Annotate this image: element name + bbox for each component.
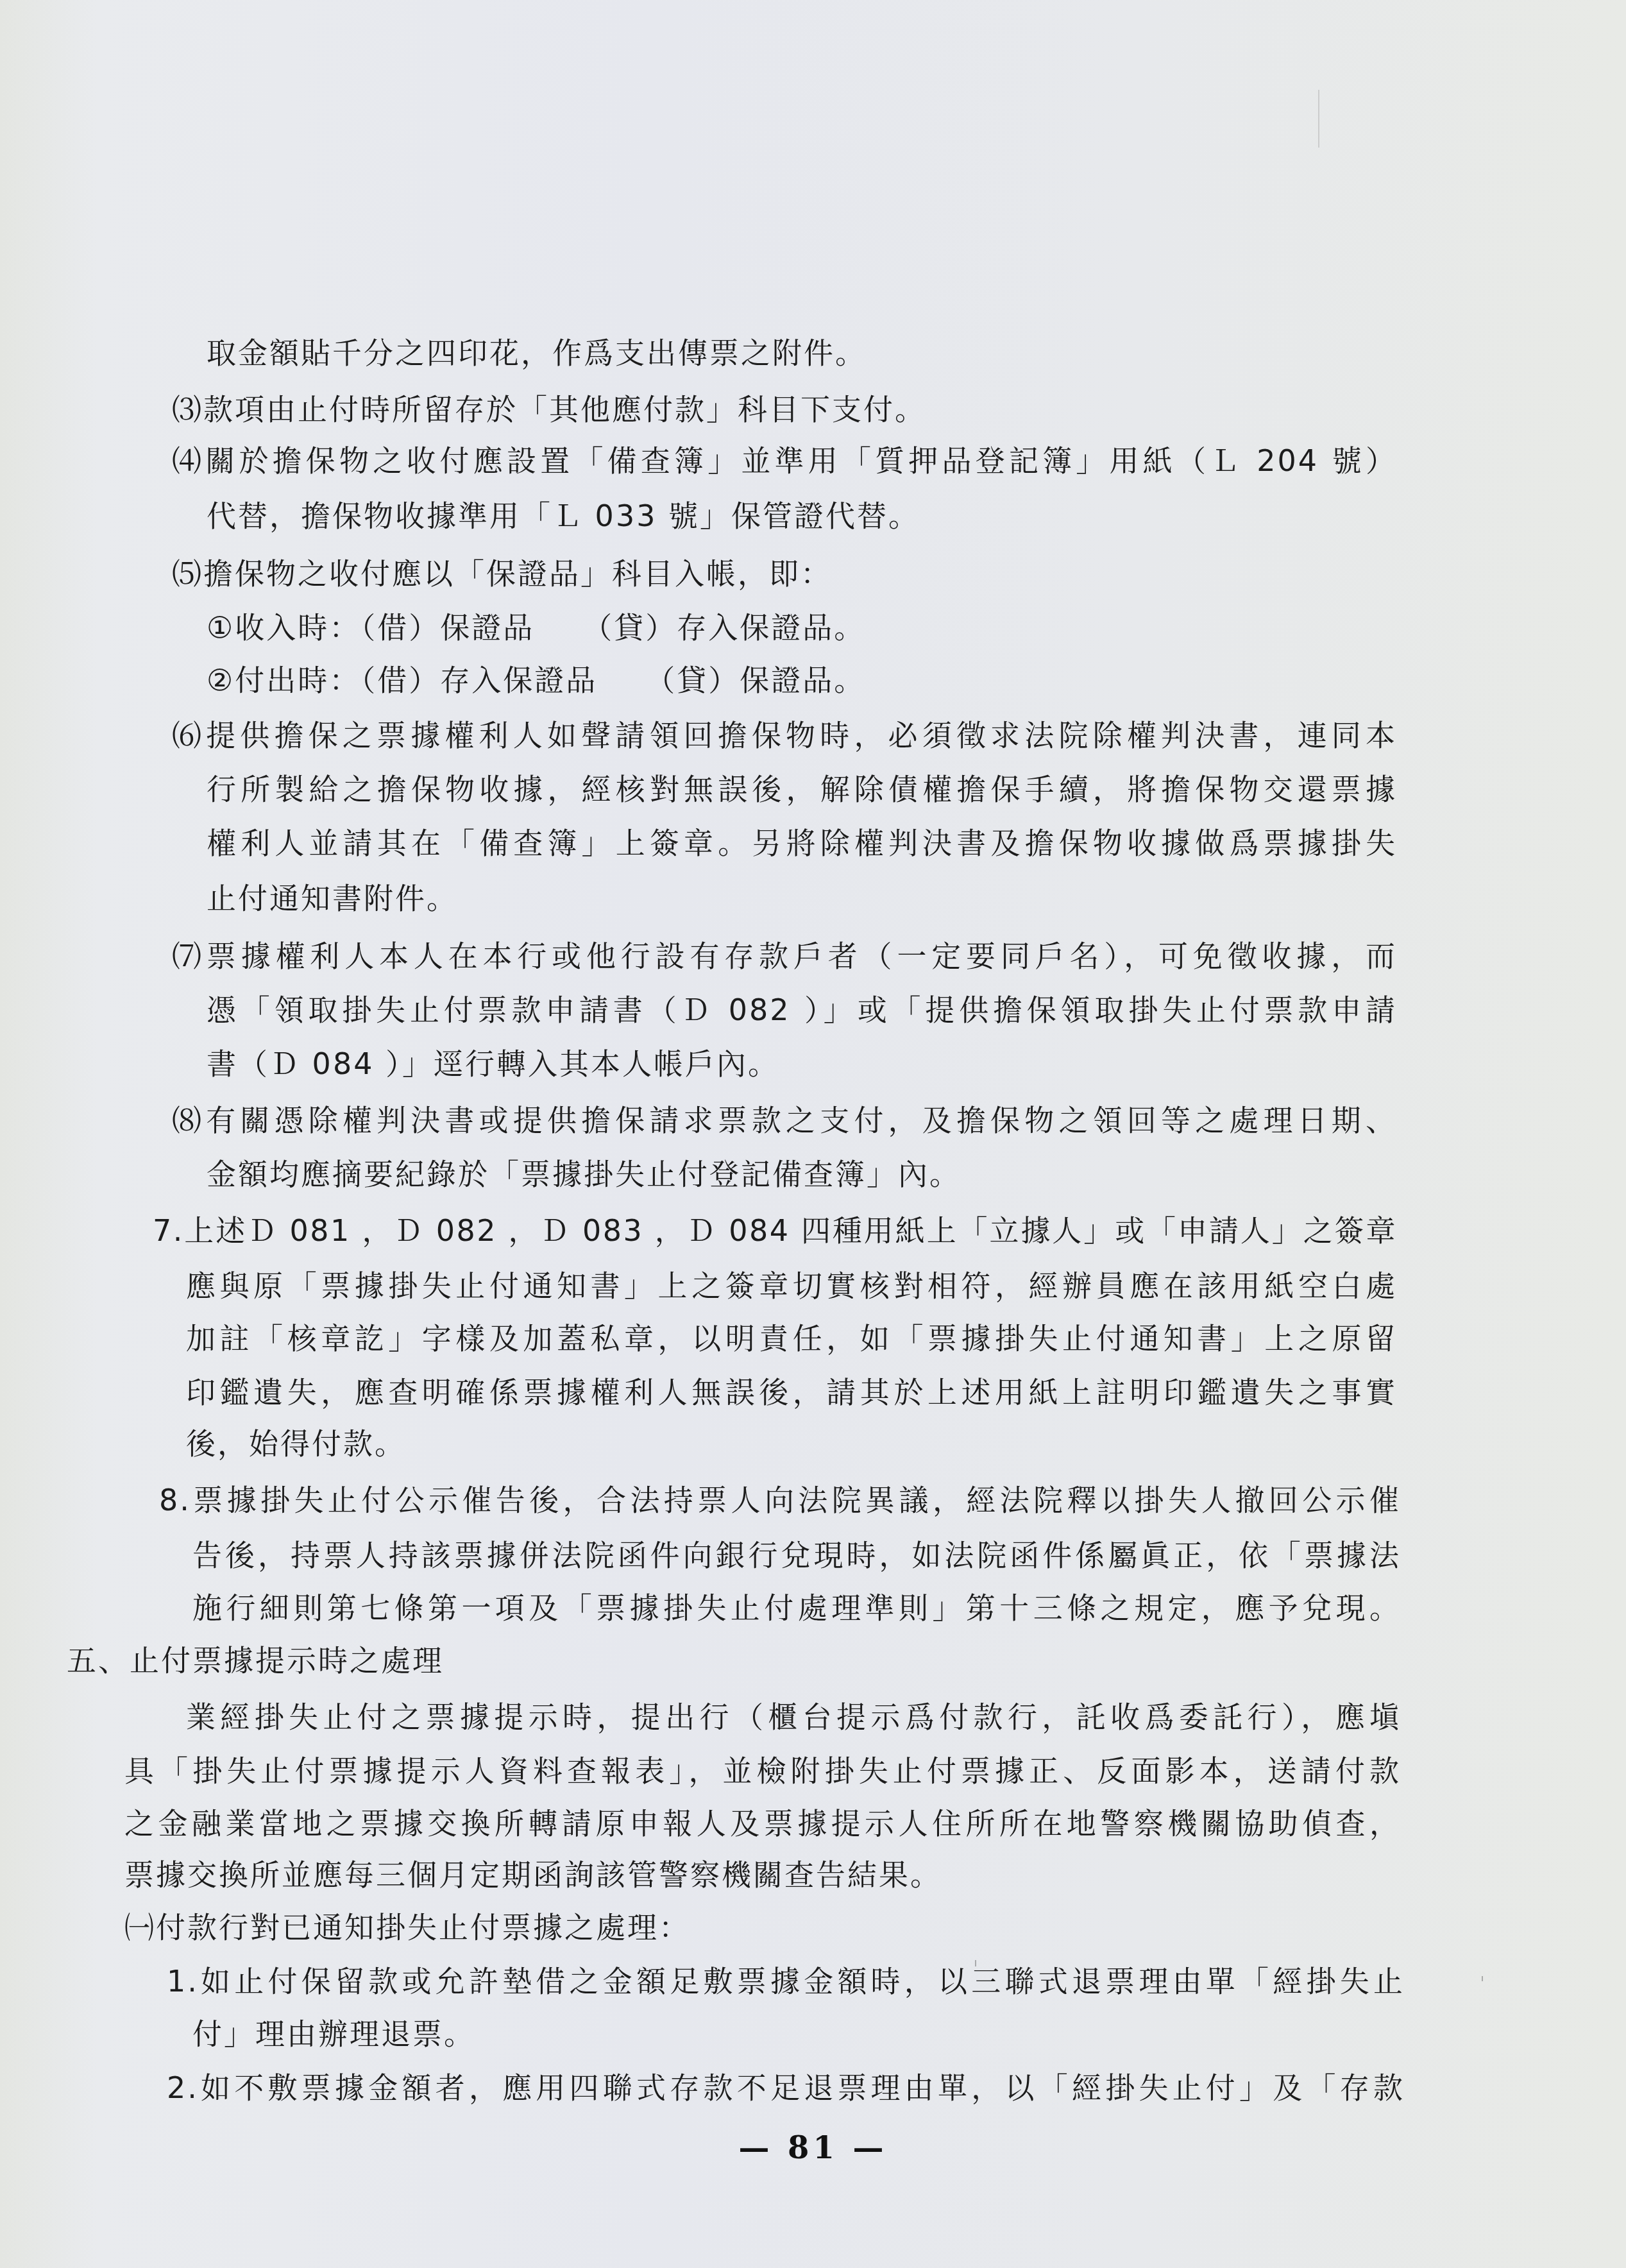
text-line: 2.如不敷票據金額者，應用四聯式存款不足退票理由單，以「經掛失止付」及「存款 (167, 2070, 1405, 2106)
text-line: 書（Ｄ 084 ）」逕行轉入其本人帳戶內。 (207, 1046, 779, 1082)
text-line: 加註「核章訖」字樣及加蓋私章，以明責任，如「票據掛失止付通知書」上之原留 (186, 1320, 1397, 1356)
text-line: 票據交換所並應每三個月定期函詢該管警察機關查告結果。 (124, 1857, 942, 1893)
text-line: 印鑑遺失，應查明確係票據權利人無誤後，請其於上述用紙上註明印鑑遺失之事實 (186, 1374, 1397, 1410)
text-line: 具「掛失止付票據提示人資料查報表」，並檢附掛失止付票據正、反面影本，送請付款 (124, 1753, 1401, 1789)
text-line: ㈠付款行對已通知掛失止付票據之處理： (124, 1909, 690, 1945)
text-line: 權利人並請其在「備查簿」上簽章。另將除權判決書及擔保物收據做爲票據掛失 (207, 825, 1397, 861)
text-line: ⑶款項由止付時所留存於「其他應付款」科目下支付。 (172, 391, 926, 427)
text-line: 止付通知書附件。 (207, 880, 458, 916)
text-line: 行所製給之擔保物收據，經核對無誤後，解除債權擔保手續，將擔保物交還票據 (207, 771, 1397, 807)
text-line: 後，始得付款。 (186, 1426, 406, 1462)
scan-speck (975, 1960, 976, 1966)
text-line: ⑹提供擔保之票據權利人如聲請領回擔保物時，必須徵求法院除權判決書，連同本 (172, 717, 1397, 753)
document-page: 取金額貼千分之四印花，作爲支出傳票之附件。⑶款項由止付時所留存於「其他應付款」科… (0, 0, 1626, 2268)
text-line: ②付出時：（借）存入保證品 （貸）保證品。 (207, 662, 865, 698)
text-line: ⑷關於擔保物之收付應設置「備查簿」並準用「質押品登記簿」用紙（Ｌ 204 號） (172, 443, 1397, 479)
page-number: — 81 — (0, 2130, 1626, 2166)
text-line: 1.如止付保留款或允許墊借之金額足敷票據金額時，以三聯式退票理由單「經掛失止 (167, 1963, 1405, 1999)
text-line: 應與原「票據掛失止付通知書」上之簽章切實核對相符，經辦員應在該用紙空白處 (186, 1268, 1397, 1304)
text-line: 憑「領取掛失止付票款申請書（Ｄ 082 ）」或「提供擔保領取掛失止付票款申請 (207, 992, 1397, 1028)
text-line: 8.票據掛失止付公示催告後，合法持票人向法院異議，經法院釋以掛失人撤回公示催 (159, 1482, 1401, 1518)
text-line: ⑺票據權利人本人在本行或他行設有存款戶者（一定要同戶名），可免徵收據，而 (172, 938, 1397, 974)
scan-speck (1318, 90, 1319, 148)
text-line: ①收入時：（借）保證品 （貸）存入保證品。 (207, 610, 865, 645)
scan-speck (1482, 1976, 1483, 1981)
text-line: 取金額貼千分之四印花，作爲支出傳票之附件。 (207, 335, 867, 371)
text-line: 之金融業當地之票據交換所轉請原申報人及票據提示人住所所在地警察機關協助偵查， (124, 1805, 1401, 1841)
text-line: 施行細則第七條第一項及「票據掛失止付處理準則」第十三條之規定，應予兌現。 (192, 1590, 1401, 1626)
text-line: 7.上述Ｄ 081 ，Ｄ 082 ，Ｄ 083 ，Ｄ 084 四種用紙上「立據人… (153, 1213, 1397, 1249)
section-heading: 五、止付票據提示時之處理 (67, 1642, 444, 1678)
text-line: 業經掛失止付之票據提示時，提出行（櫃台提示爲付款行，託收爲委託行），應塡 (186, 1699, 1401, 1735)
text-line: ⑻有關憑除權判決書或提供擔保請求票款之支付，及擔保物之領回等之處理日期、 (172, 1102, 1397, 1138)
text-line: 金額均應摘要紀錄於「票據掛失止付登記備查簿」內。 (207, 1156, 961, 1192)
text-line: 代替，擔保物收據準用「Ｌ 033 號」保管證代替。 (207, 498, 920, 534)
text-line: 付」理由辦理退票。 (192, 2016, 475, 2052)
text-line: 告後，持票人持該票據併法院函件向銀行兌現時，如法院函件係屬眞正，依「票據法 (192, 1537, 1401, 1573)
text-line: ⑸擔保物之收付應以「保證品」科目入帳，即： (172, 556, 832, 592)
